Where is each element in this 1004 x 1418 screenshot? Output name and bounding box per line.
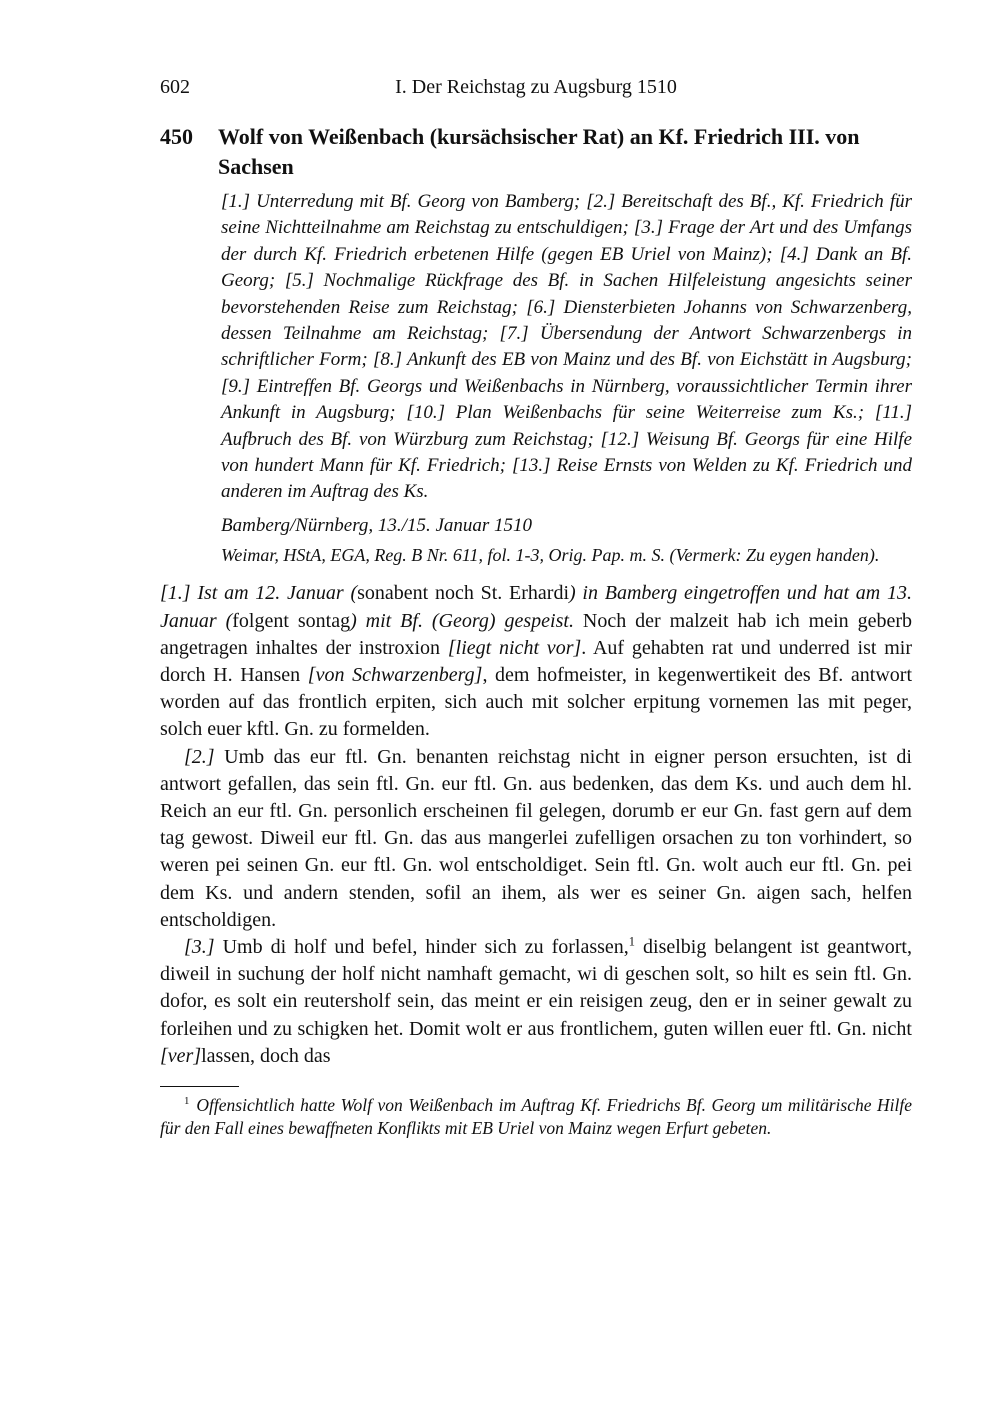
entry-summary: [1.] Unterredung mit Bf. Georg von Bambe…	[221, 189, 912, 506]
entry-title: Wolf von Weißenbach (kursächsischer Rat)…	[218, 122, 912, 182]
footnote-rule	[160, 1086, 239, 1087]
text-segment: [von Schwarzenberg]	[308, 664, 483, 686]
text-segment: sonabent noch St. Erhardi	[357, 582, 569, 604]
text-segment: ) mit Bf. (Georg) gespeist.	[350, 610, 583, 632]
letter-body: [1.] Ist am 12. Januar (sonabent noch St…	[160, 580, 912, 1070]
text-segment: Zu eygen handen	[746, 545, 869, 565]
page-number: 602	[160, 74, 190, 100]
text-segment: Umb das eur ftl. Gn. benanten reichstag …	[160, 746, 912, 931]
text-segment: Weimar, HStA, EGA, Reg. B Nr. 611, fol. …	[221, 545, 746, 565]
book-page: 602 I. Der Reichstag zu Augsburg 1510 45…	[0, 0, 1004, 1418]
text-segment: [ver]	[160, 1045, 201, 1067]
footnote: 1Offensichtlich hatte Wolf von Weißenbac…	[160, 1094, 912, 1140]
entry-heading: 450 Wolf von Weißenbach (kursächsischer …	[160, 122, 912, 182]
text-segment: [1.] Ist am 12. Januar (	[160, 582, 357, 604]
text-segment: Offensichtlich hatte Wolf von Weißenbach…	[160, 1095, 912, 1138]
entry-number: 450	[160, 122, 218, 182]
text-segment: folgent sontag	[232, 610, 350, 632]
text-segment: [liegt nicht vor]	[448, 637, 581, 659]
running-head-title: I. Der Reichstag zu Augsburg 1510	[160, 74, 912, 100]
source-note: Weimar, HStA, EGA, Reg. B Nr. 611, fol. …	[221, 544, 912, 568]
letter-paragraph: [1.] Ist am 12. Januar (sonabent noch St…	[160, 580, 912, 743]
footnote-text: Offensichtlich hatte Wolf von Weißenbach…	[160, 1095, 912, 1138]
footnote-marker: 1	[184, 1095, 189, 1107]
text-segment: lassen, doch das	[201, 1045, 330, 1067]
letter-paragraph: [2.] Umb das eur ftl. Gn. benanten reich…	[160, 744, 912, 934]
running-header: 602 I. Der Reichstag zu Augsburg 1510	[160, 74, 912, 100]
letter-paragraph: [3.] Umb di holf und befel, hinder sich …	[160, 934, 912, 1070]
dateline: Bamberg/Nürnberg, 13./15. Januar 1510	[221, 513, 912, 539]
text-segment: Umb di holf und befel, hinder sich zu fo…	[223, 936, 629, 958]
text-segment: [3.]	[184, 936, 223, 958]
text-column: 602 I. Der Reichstag zu Augsburg 1510 45…	[160, 74, 912, 1140]
text-segment: ).	[869, 545, 880, 565]
text-segment: [2.]	[184, 746, 224, 768]
